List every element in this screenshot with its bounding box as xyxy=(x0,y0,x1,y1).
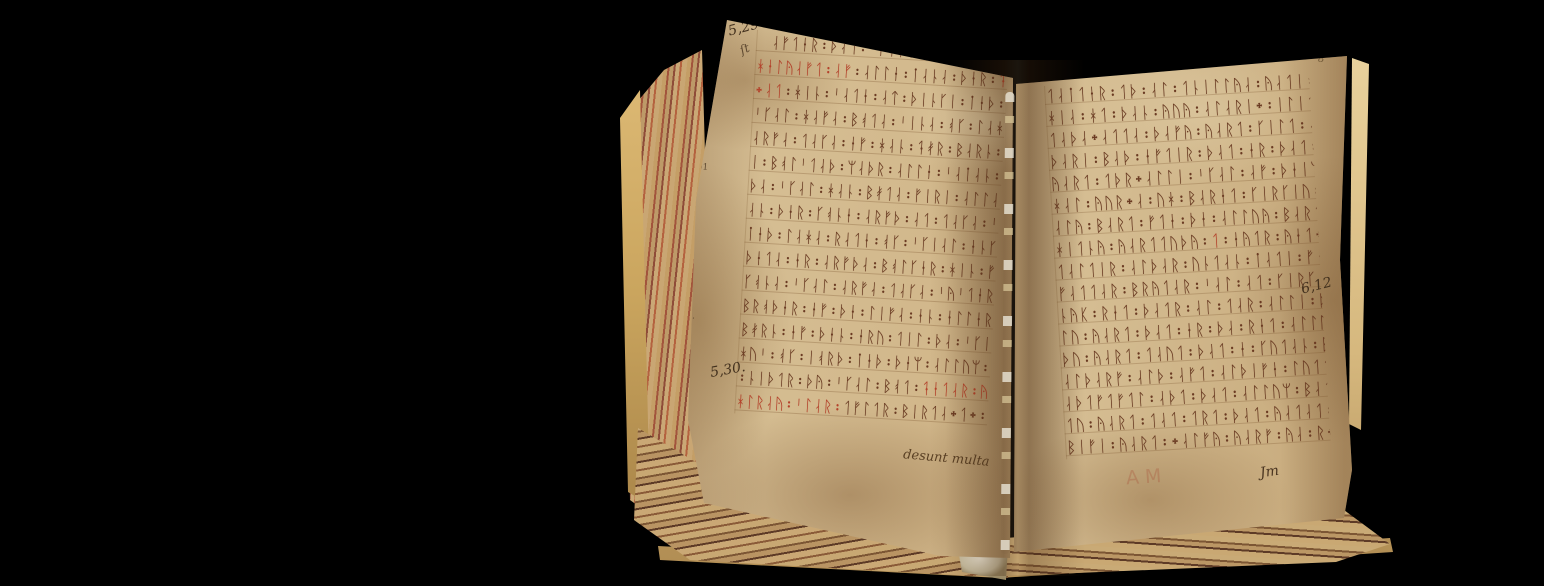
faint-red-stamp: AM xyxy=(1125,465,1168,490)
rune-segment-red: ᚼᛚᚱᛆᚤ᛬ᛌᛚᛆᚱ᛬ xyxy=(735,392,843,416)
latin-note-desunt-multa: desunt multa xyxy=(903,447,991,469)
photo-black-backdrop: { "colors": { "background": "#000000", "… xyxy=(0,0,1544,586)
right-page-rune-text: ᛐᛆᛙᛐᚽᚱ᛬ᛐᚦ᛬ᛆᛚ᛬ᛐᚿᛁᛚᛚᚤᛆ᛬ᚤᛆᛐᛁ᛬ᛒᛆᚿᚼᛁᛆ᛬ᚼᛐ᛬ᚦᛆᚿ᛬… xyxy=(1044,70,1331,459)
pen-flourish: ſt xyxy=(738,41,752,57)
ink-scribble: Jm xyxy=(1259,463,1280,481)
rune-segment-red: ᚼᚽᛚᚤᛆᚠᛐ᛬ᛆᚠ xyxy=(755,57,853,81)
left-page-rune-text: ᛆᚠᛐᚽᚱ᛬ᚦᛆᛐ᛬ᛌᚴᛁᛚᛁᛆᛌ᛬ᚼᛆᚠᚦᚽ᛬ᛒᚮᛐᚼᚽᛚᚤᛆᚠᛐ᛬ᛆᚠ᛬ᛆᛚ… xyxy=(734,30,1009,428)
rune-segment-red: ᛑᚽᛐᛆᚱ᛬ᚤᛚᚽ᛬ xyxy=(921,379,990,403)
rune-segment-red: ᛭ᛆᛐ xyxy=(754,81,784,101)
rune-segment-ink: ᛐᚠᛚᛐᚱ᛬ᛒᛁᚱᛐᛆ᛭ᛐ᛭᛬ᚦᛐ xyxy=(842,399,988,427)
